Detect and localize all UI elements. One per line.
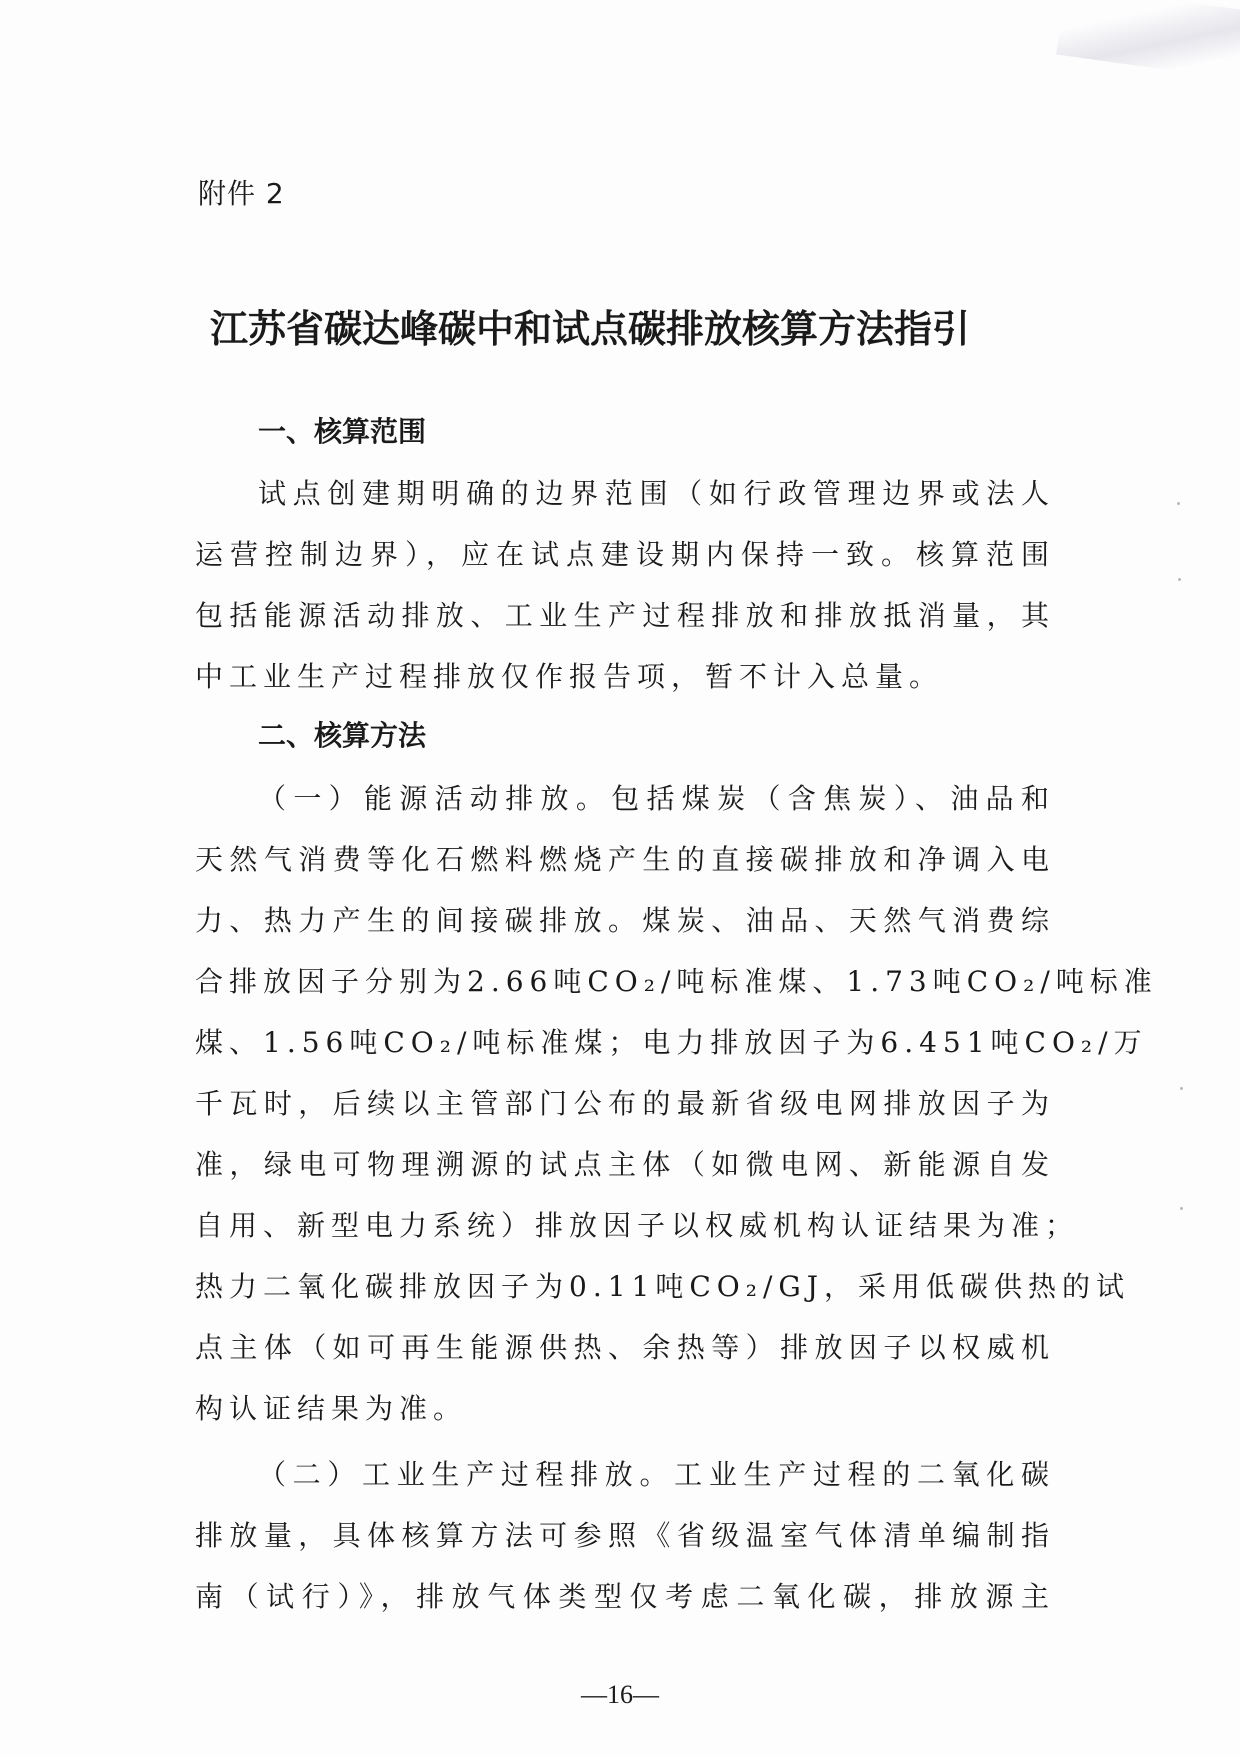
attachment-label: 附件 2 [198, 172, 285, 212]
section-heading-scope: 一、核算范围 [258, 410, 426, 450]
paragraph-line: 合排放因子分别为2.66吨CO₂/吨标准煤、1.73吨CO₂/吨标准 [195, 960, 1055, 1000]
paragraph-line: 煤、1.56吨CO₂/吨标准煤；电力排放因子为6.451吨CO₂/万 [195, 1021, 1055, 1061]
paragraph-line: 天然气消费等化石燃料燃烧产生的直接碳排放和净调入电 [195, 838, 1055, 878]
scan-speck [1180, 1087, 1183, 1090]
paragraph-line: 运营控制边界），应在试点建设期内保持一致。核算范围 [195, 533, 1055, 573]
section-heading-method: 二、核算方法 [258, 714, 426, 754]
paragraph-line: 准，绿电可物理溯源的试点主体（如微电网、新能源自发 [195, 1143, 1055, 1183]
paragraph-line: 中工业生产过程排放仅作报告项，暂不计入总量。 [195, 655, 1055, 695]
paragraph-line: 千瓦时，后续以主管部门公布的最新省级电网排放因子为 [195, 1082, 1055, 1122]
scan-speck [1178, 578, 1181, 581]
paragraph-line: 构认证结果为准。 [195, 1387, 1055, 1427]
paragraph-line: 热力二氧化碳排放因子为0.11吨CO₂/GJ，采用低碳供热的试 [195, 1265, 1055, 1305]
paragraph-line: 排放量，具体核算方法可参照《省级温室气体清单编制指 [195, 1514, 1055, 1554]
scan-speck [1177, 502, 1180, 505]
paragraph-line: （二）工业生产过程排放。工业生产过程的二氧化碳 [258, 1453, 1055, 1493]
scan-speck [1180, 1207, 1183, 1210]
scan-shadow [1056, 0, 1240, 85]
paragraph-line: 点主体（如可再生能源供热、余热等）排放因子以权威机 [195, 1326, 1055, 1366]
paragraph-line: 包括能源活动排放、工业生产过程排放和排放抵消量，其 [195, 594, 1055, 634]
paragraph-line: 南（试行）》，排放气体类型仅考虑二氧化碳，排放源主 [195, 1575, 1055, 1615]
paragraph-line: 自用、新型电力系统）排放因子以权威机构认证结果为准； [195, 1204, 1055, 1244]
document-page: 附件 2 江苏省碳达峰碳中和试点碳排放核算方法指引 一、核算范围 试点创建期明确… [0, 0, 1240, 1755]
paragraph-line: （一）能源活动排放。包括煤炭（含焦炭）、油品和 [258, 777, 1055, 817]
document-title: 江苏省碳达峰碳中和试点碳排放核算方法指引 [210, 298, 1060, 353]
paragraph-line: 试点创建期明确的边界范围（如行政管理边界或法人 [258, 472, 1055, 512]
paragraph-line: 力、热力产生的间接碳排放。煤炭、油品、天然气消费综 [195, 899, 1055, 939]
page-number: —16— [0, 1680, 1240, 1710]
